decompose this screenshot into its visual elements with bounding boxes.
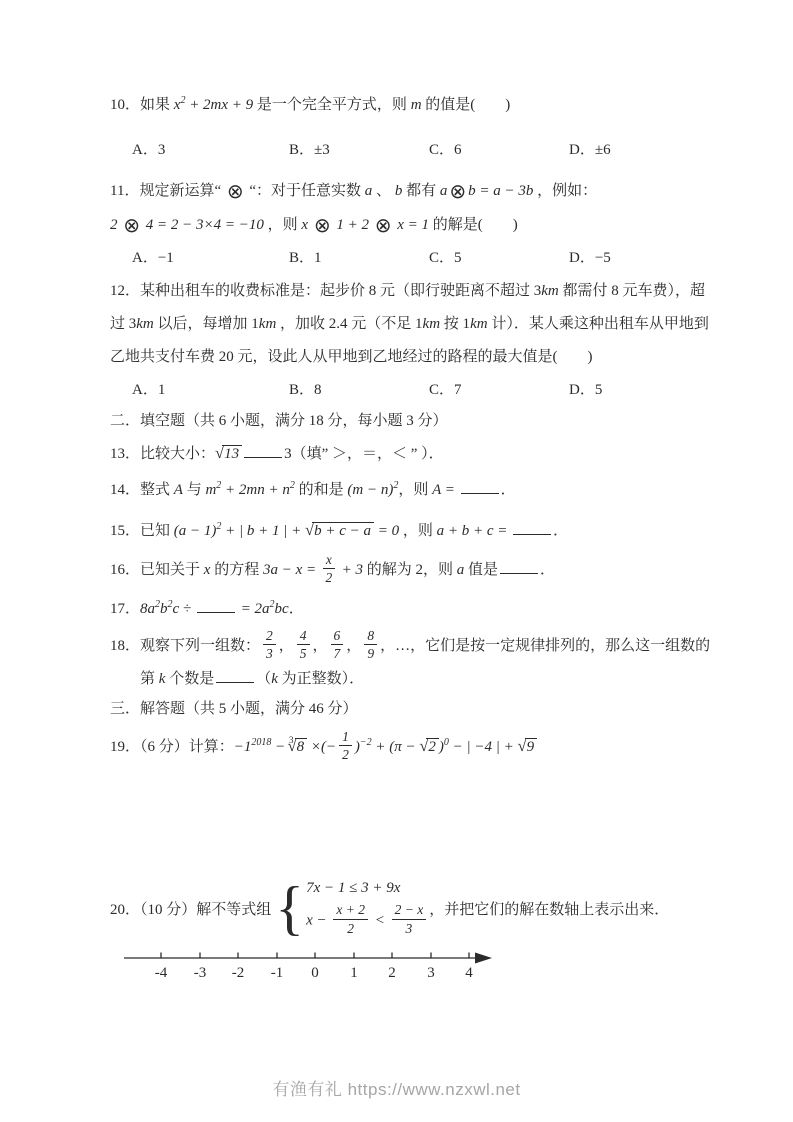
question-11-text-line1: 11．规定新运算“ ⊗ “：对于任意实数 a 、 b 都有 a⊗b = a − …	[110, 178, 692, 204]
exam-paper-page: 10．如果 x2 + 2mx + 9 是一个完全平方式，则 m 的值是( ) A…	[0, 0, 793, 1122]
option-a: A．−1	[132, 246, 289, 270]
section-3-heading: 三．解答题（共 5 小题，满分 46 分）	[110, 696, 692, 722]
tick-label: 0	[311, 965, 319, 981]
question-17-text: 17．8a2b2c ÷ = 2a2bc．	[110, 596, 692, 622]
question-13-text: 13．比较大小：√133（填” ＞，＝，＜ ” ）．	[110, 440, 692, 467]
option-a: A．1	[132, 378, 289, 402]
question-20-suffix: ，并把它们的解在数轴上表示出来．	[429, 898, 669, 919]
question-12-text-line2: 过 3km 以后，每增加 1km ，加收 2.4 元（不足 1km 按 1km …	[110, 311, 692, 337]
tick-label: -4	[155, 965, 168, 981]
option-b: B．8	[289, 378, 429, 402]
tick-label: 4	[465, 965, 473, 981]
option-a: A．3	[132, 138, 289, 162]
question-12-text-line3: 乙地共支付车费 20 元，设此人从甲地到乙地经过的路程的最大值是( )	[110, 344, 692, 370]
option-b: B．1	[289, 246, 429, 270]
option-c: C．7	[429, 378, 569, 402]
question-18-text-line1: 18．观察下列一组数：23，45，67，89，…，它们是按一定规律排列的，那么这…	[110, 626, 692, 666]
tick-label: 3	[427, 965, 435, 981]
inequality-system: 7x − 1 ≤ 3 + 9x x − x + 22 < 2 − x3	[306, 879, 429, 938]
footer-watermark: 有渔有礼 https://www.nzxwl.net	[0, 1075, 793, 1100]
question-20-block: 20．（10 分）解不等式组 { 7x − 1 ≤ 3 + 9x x − x +…	[110, 879, 692, 938]
system-brace: {	[275, 880, 304, 937]
option-b: B．±3	[289, 138, 429, 162]
question-14-text: 14．整式 A 与 m2 + 2mn + n2 的和是 (m − n)2，则 A…	[110, 477, 692, 503]
inequality-row-1: 7x − 1 ≤ 3 + 9x	[306, 879, 429, 897]
question-19-text: 19．（6 分）计算：−12018 − 3√8 ×(−12)−2 + (π − …	[110, 726, 692, 767]
option-c: C．6	[429, 138, 569, 162]
question-20-prefix: 20．（10 分）解不等式组	[110, 898, 271, 919]
question-12-options: A．1 B．8 C．7 D．5	[110, 378, 692, 402]
question-15-text: 15．已知 (a − 1)2 + | b + 1 | + √b + c − a …	[110, 517, 692, 544]
number-line-ticks	[161, 953, 469, 959]
question-18-text-line2: 第 k 个数是（k 为正整数）．	[110, 666, 692, 692]
question-10-options: A．3 B．±3 C．6 D．±6	[110, 138, 692, 162]
tick-label: 2	[388, 965, 396, 981]
tick-label: -2	[232, 965, 245, 981]
section-2-heading: 二．填空题（共 6 小题，满分 18 分，每小题 3 分）	[110, 408, 692, 434]
option-c: C．5	[429, 246, 569, 270]
number-line-arrow-icon	[475, 953, 492, 964]
number-line: -4 -3 -2 -1 0 1 2 3 4	[124, 944, 506, 986]
question-11-text-line2: 2 ⊗ 4 = 2 − 3×4 = −10 ，则 x ⊗ 1 + 2 ⊗ x =…	[110, 212, 692, 238]
option-d: D．−5	[569, 246, 611, 270]
tick-label: -1	[271, 965, 284, 981]
question-10-text: 10．如果 x2 + 2mx + 9 是一个完全平方式，则 m 的值是( )	[110, 92, 692, 118]
question-12-text-line1: 12．某种出租车的收费标准是：起步价 8 元（即行驶距离不超过 3km 都需付 …	[110, 278, 692, 304]
paper-content: 10．如果 x2 + 2mx + 9 是一个完全平方式，则 m 的值是( ) A…	[110, 92, 692, 991]
inequality-row-2: x − x + 22 < 2 − x3	[306, 904, 429, 938]
option-d: D．±6	[569, 138, 611, 162]
option-d: D．5	[569, 378, 602, 402]
question-11-options: A．−1 B．1 C．5 D．−5	[110, 246, 692, 270]
question-16-text: 16．已知关于 x 的方程 3a − x = x2 + 3 的解为 2，则 a …	[110, 550, 692, 590]
tick-label: -3	[194, 965, 207, 981]
tick-label: 1	[350, 965, 358, 981]
